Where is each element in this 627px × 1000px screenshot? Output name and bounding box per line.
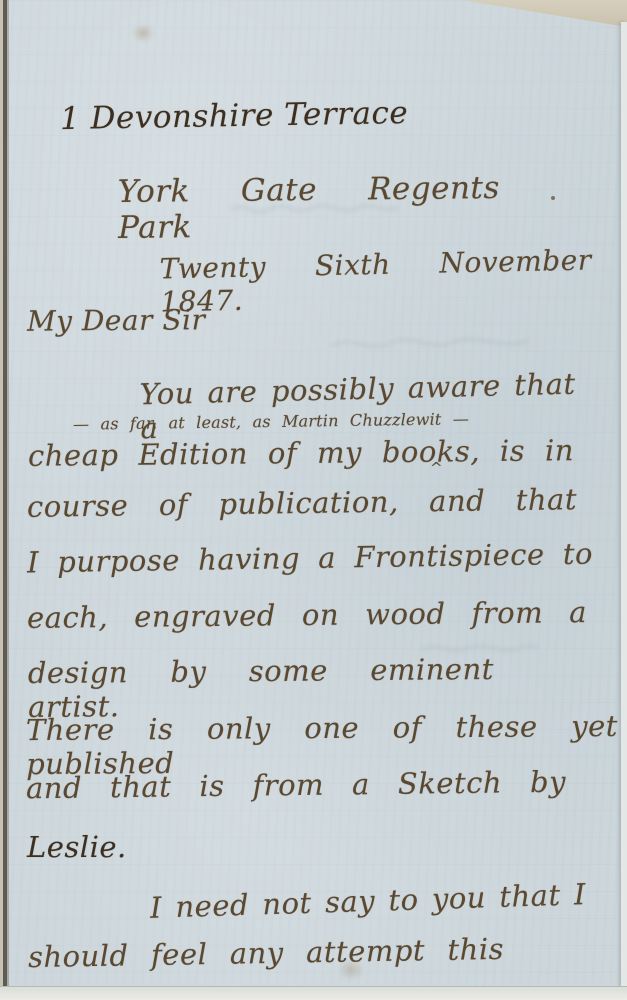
body-line: cheap Edition of my books, is in [28,433,574,473]
paper-stain [132,24,154,42]
page-right-edge [621,22,627,987]
salutation: My Dear Sir [27,303,206,338]
showthrough-mark [330,328,530,358]
body-line: Leslie. [27,830,127,864]
address-line-1: 1 Devonshire Terrace [60,95,413,137]
scanned-letter-image: 1 Devonshire Terrace York Gate Regents P… [0,0,627,1000]
ink-speck [551,196,555,200]
body-line: and that is from a Sketch by [26,765,566,806]
address-line-2: York Gate Regents Park [118,170,501,246]
page-left-edge [0,0,12,987]
body-line: each, engraved on wood from a [27,595,587,635]
page-bottom-edge [0,986,627,1000]
date-line: Twenty Sixth November 1847. [159,243,592,318]
